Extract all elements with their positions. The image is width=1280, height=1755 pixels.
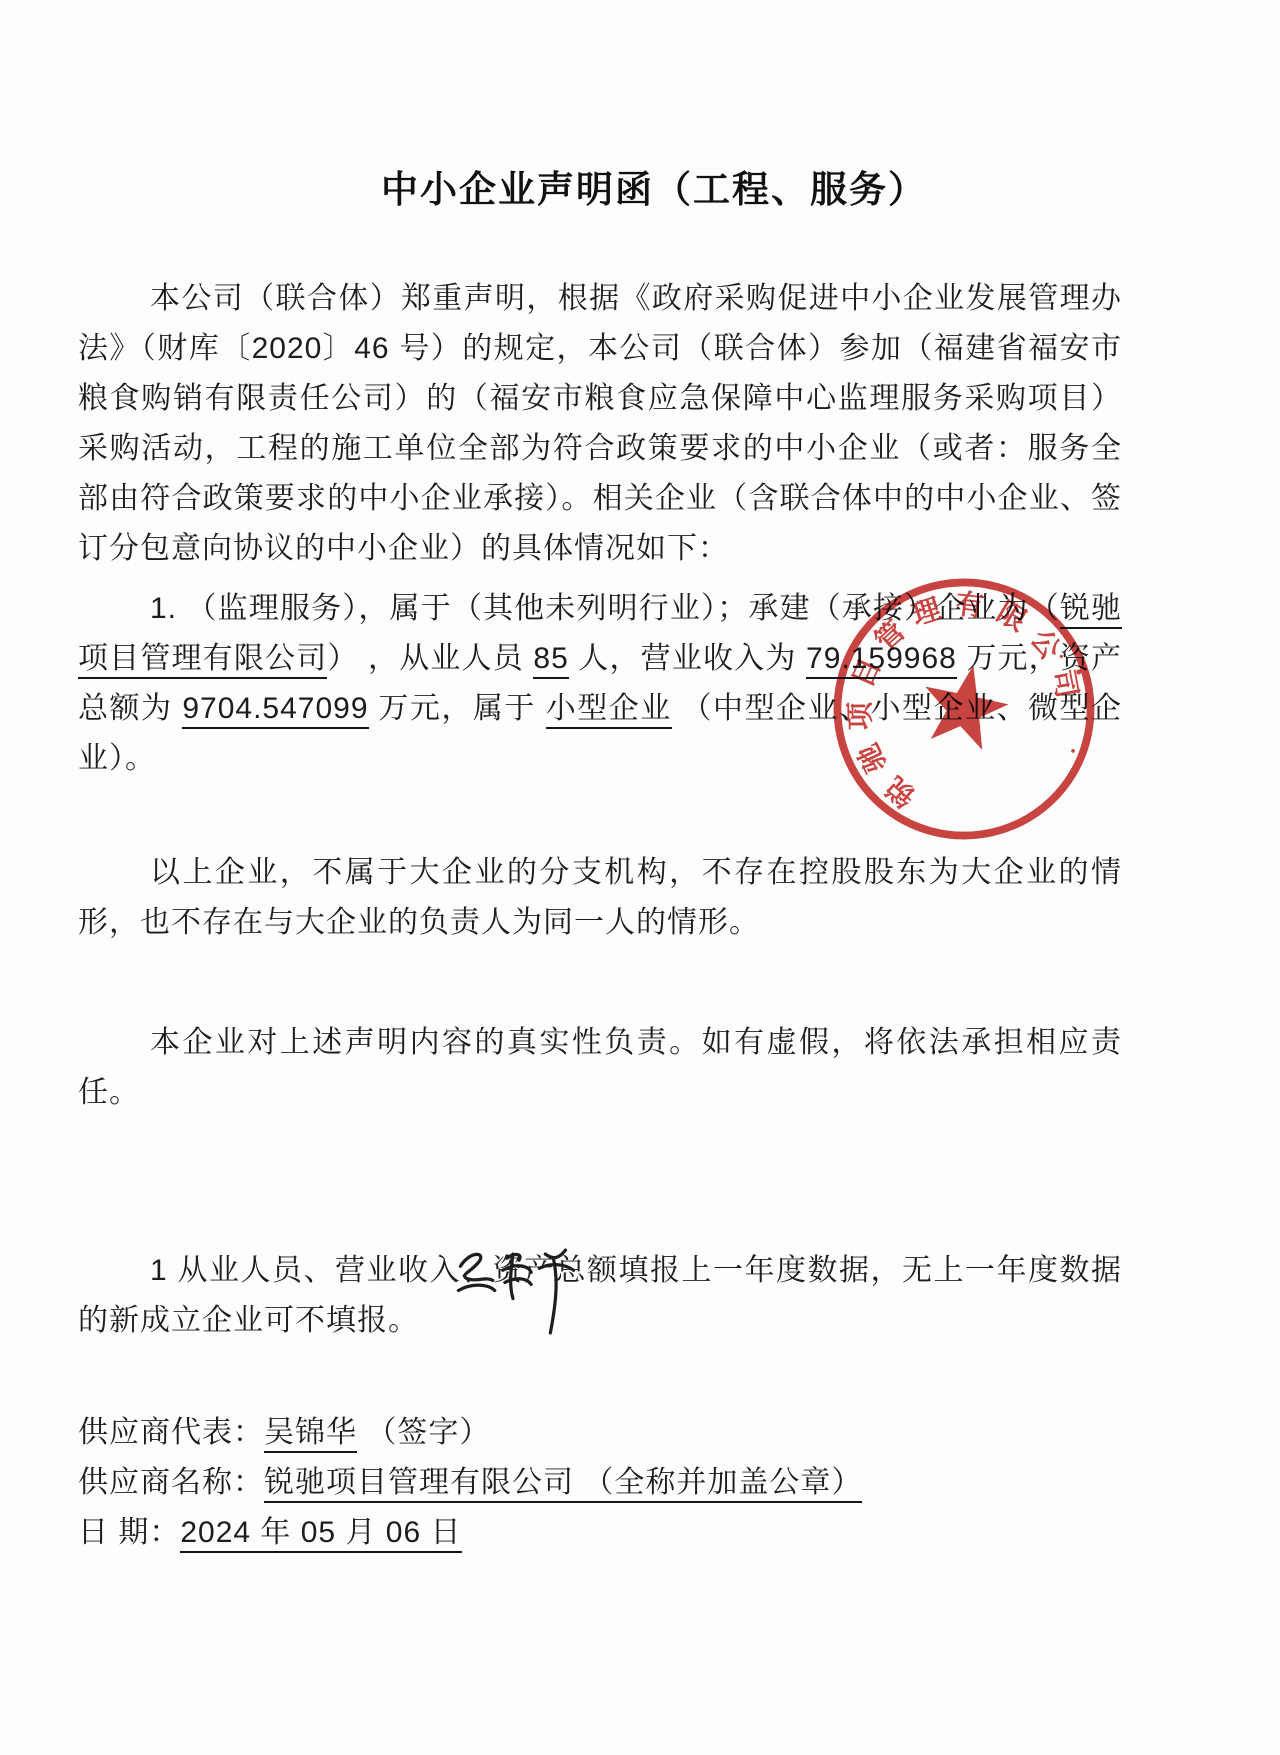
text-run: 以上企业，不属于大企业的分支机构，不存在控股股东为大企业的情形，也不存在与大企业… bbox=[78, 856, 1122, 939]
text-run: 供应商代表： bbox=[78, 1416, 264, 1449]
date-line: 日 期：2024 年 05 月 06 日 bbox=[78, 1508, 1122, 1558]
paragraph-responsibility: 本企业对上述声明内容的真实性负责。如有虚假，将依法承担相应责任。 bbox=[78, 1018, 1122, 1118]
text-run: ） ，从业人员 bbox=[327, 642, 533, 675]
document-page: 中小企业声明函（工程、服务） 本公司（联合体）郑重声明，根据《政府采购促进中小企… bbox=[0, 0, 1280, 1755]
filled-value: 9704.547099 bbox=[182, 692, 368, 729]
filled-value: 吴锦华 bbox=[264, 1416, 357, 1453]
supplier-representative-line: 供应商代表：吴锦华 （签字） bbox=[78, 1408, 1122, 1458]
filled-value: 小型企业 bbox=[546, 692, 672, 729]
paragraph-enterprise-details: 1. （监理服务），属于（其他未列明行业）；承建（承接）企业为（锐驰项目管理有限… bbox=[78, 584, 1122, 784]
text-run: 本企业对上述声明内容的真实性负责。如有虚假，将依法承担相应责任。 bbox=[78, 1026, 1122, 1109]
filled-value: 79.159968 bbox=[806, 642, 957, 679]
text-run: 万元，属于 bbox=[369, 692, 546, 725]
paragraph-branch-statement: 以上企业，不属于大企业的分支机构，不存在控股股东为大企业的情形，也不存在与大企业… bbox=[78, 848, 1122, 948]
filled-value: 锐驰项目管理有限公司 （全称并加盖公章） bbox=[264, 1466, 862, 1503]
text-run: 本公司（联合体）郑重声明，根据《政府采购促进中小企业发展管理办法》（财库〔202… bbox=[78, 282, 1122, 565]
text-run: 1. （监理服务），属于（其他未列明行业）；承建（承接）企业为（ bbox=[150, 592, 1060, 625]
paragraph-declaration: 本公司（联合体）郑重声明，根据《政府采购促进中小企业发展管理办法》（财库〔202… bbox=[78, 274, 1122, 574]
supplier-name-line: 供应商名称：锐驰项目管理有限公司 （全称并加盖公章） bbox=[78, 1458, 1122, 1508]
text-run: 日 期： bbox=[78, 1516, 180, 1549]
text-run: 供应商名称： bbox=[78, 1466, 264, 1499]
filled-value: 85 bbox=[533, 642, 568, 679]
page-title: 中小企业声明函（工程、服务） bbox=[132, 0, 1176, 212]
text-run: 人，营业收入为 bbox=[569, 642, 806, 675]
filled-value: 2024 年 05 月 06 日 bbox=[180, 1516, 461, 1553]
text-run: 1 从业人员、营业收入、资产总额填报上一年度数据，无上一年度数据的新成立企业可不… bbox=[78, 1254, 1122, 1337]
text-run: （签字） bbox=[357, 1416, 490, 1449]
footnote-note: 1 从业人员、营业收入、资产总额填报上一年度数据，无上一年度数据的新成立企业可不… bbox=[78, 1246, 1122, 1346]
